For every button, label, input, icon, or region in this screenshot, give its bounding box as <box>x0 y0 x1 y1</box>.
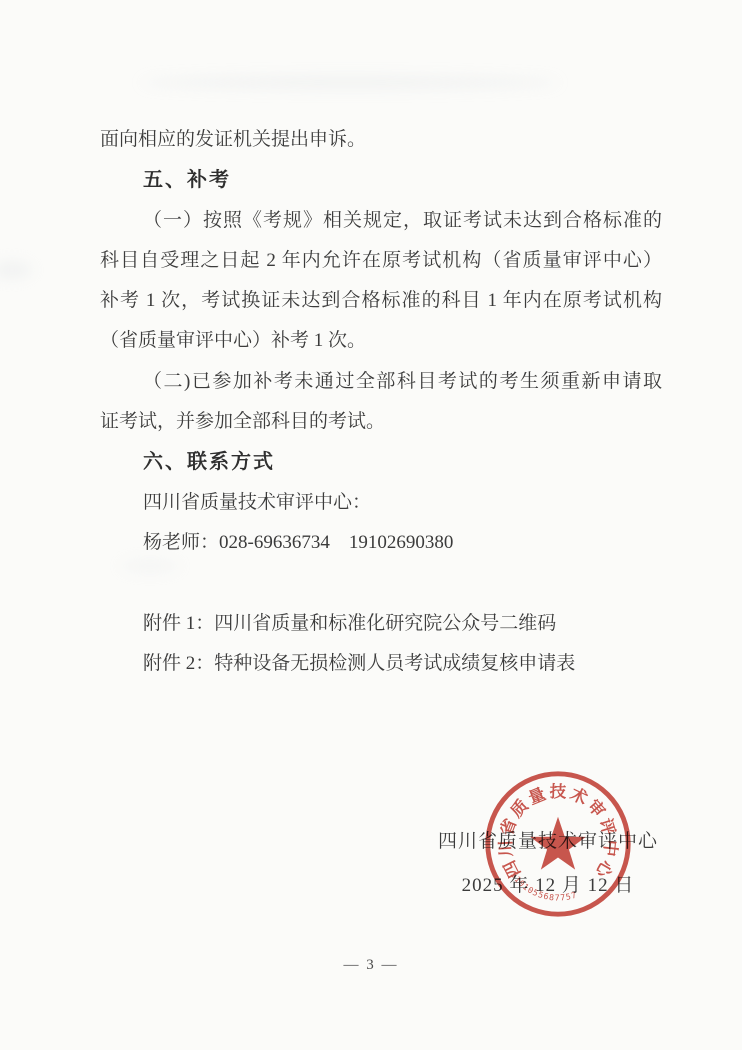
star-icon <box>530 817 586 870</box>
section-heading: 五、补考 <box>100 160 662 200</box>
seal-code: 5101055687757 <box>509 870 579 903</box>
contact-line: 杨老师：028-69636734 19102690380 <box>100 523 662 563</box>
body-text-column: 面向相应的发证机关提出申诉。 五、补考 （一）按照《考规》相关规定，取证考试未达… <box>100 120 662 684</box>
body-line: 科目自受理之日起 2 年内允许在原考试机构（省质量审评中心） <box>100 241 662 281</box>
section-heading: 六、联系方式 <box>100 442 662 482</box>
body-line: （二)已参加补考未通过全部科目考试的考生须重新申请取 <box>100 362 662 402</box>
attachment-line: 附件 2：特种设备无损检测人员考试成绩复核申请表 <box>100 644 662 684</box>
official-seal: 四川省质量技术审评中心 5101055687757 <box>480 766 636 922</box>
body-line: （省质量审评中心）补考 1 次。 <box>100 321 662 361</box>
body-line: 证考试，并参加全部科目的考试。 <box>100 402 662 442</box>
scan-artifact <box>0 262 32 278</box>
body-line: 补考 1 次，考试换证未达到合格标准的科目 1 年内在原考试机构 <box>100 281 662 321</box>
scan-artifact <box>140 76 560 89</box>
body-line: （一）按照《考规》相关规定，取证考试未达到合格标准的 <box>100 201 662 241</box>
body-line: 四川省质量技术审评中心： <box>100 483 662 523</box>
body-line: 面向相应的发证机关提出申诉。 <box>100 120 662 160</box>
blank-line <box>100 563 662 603</box>
document-page: 面向相应的发证机关提出申诉。 五、补考 （一）按照《考规》相关规定，取证考试未达… <box>0 0 742 1050</box>
attachment-line: 附件 1：四川省质量和标准化研究院公众号二维码 <box>100 604 662 644</box>
page-number: — 3 — <box>0 957 742 974</box>
